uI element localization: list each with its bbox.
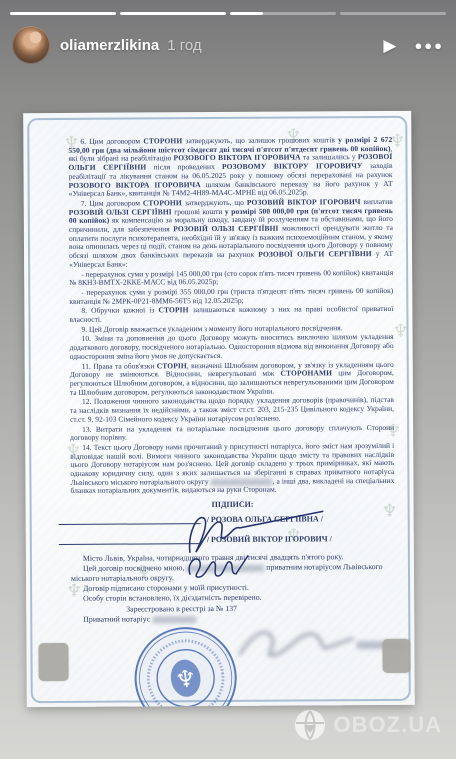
corner-tab: [382, 639, 410, 673]
doc-paragraph: 12. Положення чинного законодавства щодо…: [70, 396, 394, 424]
doc-paragraph: - перерахунок суми у розмірі 145 000,00 …: [69, 268, 393, 287]
notary-line: Приватний нотаріус: [71, 613, 395, 624]
story-header: oliamerzlikina 1 год ▶ ●●●: [12, 24, 444, 66]
document-body: 6. Цим договором СТОРОНИ затверджують, щ…: [68, 136, 395, 625]
progress-segment[interactable]: [340, 12, 446, 15]
doc-paragraph: 14. Текст цього Договору нами прочитаний…: [70, 442, 394, 496]
signatures-title: ПІДПИСИ:: [71, 499, 395, 510]
stamp-trident-icon: ♆: [173, 664, 198, 695]
notary-line: Цей договір посвідчено мною, приватним н…: [71, 562, 395, 583]
signature-name: / РОЗОВА ОЛЬГА СЕРГІЇВНА /: [207, 514, 323, 524]
progress-segment[interactable]: [230, 12, 336, 15]
username[interactable]: oliamerzlikina: [60, 37, 159, 54]
signature-line: [59, 533, 201, 545]
progress-segment[interactable]: [120, 12, 226, 15]
doc-paragraph: 13. Витрати на укладення та нотаріальне …: [70, 423, 394, 442]
doc-paragraph: 11. Права та обов'язки СТОРІН, визначені…: [70, 361, 394, 398]
story-progress-bar[interactable]: [10, 12, 446, 15]
progress-segment[interactable]: [10, 12, 116, 15]
doc-paragraph: 7. Цим договором СТОРОНИ затверджують, щ…: [69, 198, 393, 270]
signature-row: / РОЗОВА ОЛЬГА СЕРГІЇВНА /: [59, 512, 395, 525]
doc-paragraph: 10. Зміни та доповнення до цього Договор…: [70, 333, 394, 361]
notary-line: Місто Львів, Україна, чотирнадцятого тра…: [71, 552, 395, 563]
notary-stamp: ♆: [124, 617, 247, 707]
story-viewer: oliamerzlikina 1 год ▶ ●●● ♆ ♆ ♆ ♆ ♆ ♆ ♆…: [0, 0, 456, 759]
trident-watermark-icon: ♆: [392, 323, 408, 341]
doc-paragraphs: 6. Цим договором СТОРОНИ затверджують, щ…: [68, 136, 394, 496]
doc-paragraph: 8. Обручки кожної із СТОРІН залишаються …: [69, 305, 393, 324]
notary-section: Місто Львів, Україна, чотирнадцятого тра…: [71, 552, 395, 624]
signature-line: [59, 513, 201, 525]
notary-line: Договір підписано сторонами у моїй прису…: [71, 582, 395, 593]
signature-name: / РОЗОВИЙ ВІКТОР ІГОРОВИЧ /: [207, 534, 332, 544]
signature-row: / РОЗОВИЙ ВІКТОР ІГОРОВИЧ /: [59, 532, 395, 545]
play-icon[interactable]: ▶: [383, 37, 396, 54]
avatar[interactable]: [12, 26, 50, 64]
header-actions: ▶ ●●●: [383, 37, 444, 54]
oboz-label: OBOZ.UA: [334, 712, 442, 738]
more-options-icon[interactable]: ●●●: [414, 39, 444, 52]
signature-rows: / РОЗОВА ОЛЬГА СЕРГІЇВНА // РОЗОВИЙ ВІКТ…: [71, 512, 395, 545]
story-timestamp: 1 год: [167, 37, 201, 54]
document-photo: ♆ ♆ ♆ ♆ ♆ ♆ ♆ ♆ ♆ ♆ 6. Цим договором СТО…: [23, 111, 415, 707]
oboz-watermark: OBOZ.UA: [294, 709, 442, 741]
doc-paragraph: - перерахунок суми у розмірі 355 000,00 …: [69, 287, 393, 306]
doc-paragraph: 6. Цим договором СТОРОНИ затверджують, щ…: [68, 136, 392, 199]
globe-icon: [294, 709, 326, 741]
notary-line: Зареєстровано в реєстрі за № 137: [126, 603, 395, 614]
notary-line: Особу сторін встановлено, їх дієздатніст…: [71, 592, 395, 603]
corner-tab: [38, 643, 68, 681]
